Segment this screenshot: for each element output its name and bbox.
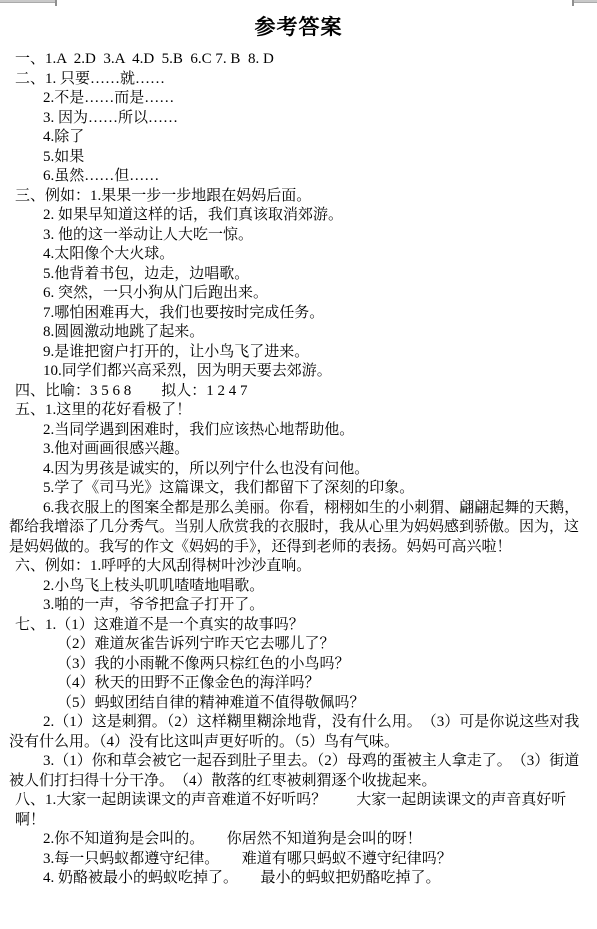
answer-line: 一、1.A 2.D 3.A 4.D 5.B 6.C 7. B 8. D [0,50,589,70]
answer-line: 4. 奶酪被最小的蚂蚁吃掉了。 最小的蚂蚁把奶酪吃掉了。 [0,869,589,889]
ruler-tick-icon [55,0,57,6]
answer-line: 2. 如果早知道这样的话，我们真该取消郊游。 [0,206,589,226]
answer-line: 4.太阳像个大火球。 [0,245,589,265]
answer-line: 五、1.这里的花好看极了！ [0,401,589,421]
answer-line: 3.啪的一声，爷爷把盒子打开了。 [0,596,589,616]
answer-line: 6.虽然……但…… [0,167,589,187]
page-title: 参考答案 [0,11,597,41]
answer-line: （3）我的小雨靴不像两只棕红色的小鸟吗？ [0,655,589,675]
answer-line: （4）秋天的田野不正像金色的海洋吗？ [0,674,589,694]
answer-line: 6. 突然，一只小狗从门后跑出来。 [0,284,589,304]
answer-line: 5.学了《司马光》这篇课文，我们都留下了深刻的印象。 [0,479,589,499]
answer-line: （5）蚂蚁团结自律的精神难道不值得敬佩吗？ [0,694,589,714]
answer-line: 4.因为男孩是诚实的，所以列宁什么也没有问他。 [0,460,589,480]
document-page: { "header": { "title": "参考答案" }, "decora… [0,0,597,929]
answer-line: 3.他对画画很感兴趣。 [0,440,589,460]
answer-line: 3. 他的这一举动让人大吃一惊。 [0,226,589,246]
ruler-fragment-left [0,0,57,3]
answer-line: 2.小鸟飞上枝头叽叽喳喳地唱歌。 [0,577,589,597]
ruler-tick-icon [572,0,574,6]
answer-line: 二、1. 只要……就…… [0,70,589,90]
answer-line: 2.不是……而是…… [0,89,589,109]
document-lines: 一、1.A 2.D 3.A 4.D 5.B 6.C 7. B 8. D二、1. … [0,50,597,889]
answer-line: 5.他背着书包，边走，边唱歌。 [0,265,589,285]
answer-line: 9.是谁把窗户打开的，让小鸟飞了进来。 [0,343,589,363]
ruler-fragment-right [572,0,597,3]
answer-line: 7.哪怕困难再大，我们也要按时完成任务。 [0,304,589,324]
answer-line: 四、比喻：3 5 6 8 拟人：1 2 4 7 [0,382,589,402]
answer-line: 七、1.（1）这难道不是一个真实的故事吗？ [0,616,589,636]
answer-line: 10.同学们都兴高采烈，因为明天要去郊游。 [0,362,589,382]
answer-line: 3. 因为……所以…… [0,109,589,129]
answer-line: （2）难道灰雀告诉列宁昨天它去哪儿了？ [0,635,589,655]
answer-line: 5.如果 [0,148,589,168]
answer-line: 2.当同学遇到困难时，我们应该热心地帮助他。 [0,421,589,441]
answer-line: 4.除了 [0,128,589,148]
answer-line: 6.我衣服上的图案全都是那么美丽。你看，栩栩如生的小刺猬、翩翩起舞的天鹅，都给我… [0,499,589,558]
answer-line: 六、例如：1.呼呼的大风刮得树叶沙沙直响。 [0,557,589,577]
answer-line: 3.每一只蚂蚁都遵守纪律。 难道有哪只蚂蚁不遵守纪律吗？ [0,850,589,870]
answer-line: 2.（1）这是刺猬。（2）这样糊里糊涂地背，没有什么用。 （3）可是你说这些对我… [0,713,589,752]
answer-line: 2.你不知道狗是会叫的。 你居然不知道狗是会叫的呀！ [0,830,589,850]
answer-line: 8.圆圆激动地跳了起来。 [0,323,589,343]
answer-line: 三、例如：1.果果一步一步地跟在妈妈后面。 [0,187,589,207]
answer-line: 八、1.大家一起朗读课文的声音难道不好听吗？ 大家一起朗读课文的声音真好听啊！ [0,791,589,830]
answer-line: 3.（1）你和草会被它一起吞到肚子里去。（2）母鸡的蛋被主人拿走了。 （3）街道… [0,752,589,791]
